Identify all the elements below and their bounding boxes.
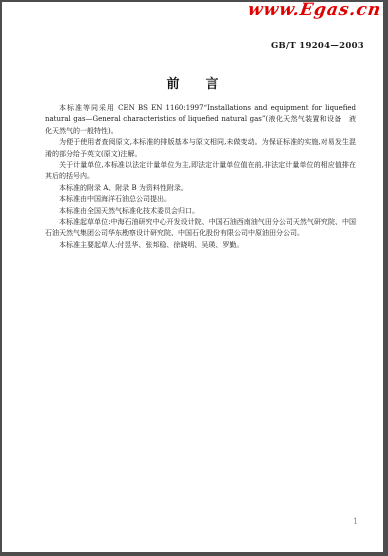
scanned-page-frame: www.Egas.cn GB/T 19204—2003 前 言 本标准等同采用 … bbox=[0, 0, 388, 556]
foreword-paragraph: 本标准起草单位:中海石油研究中心开发设计院、中国石油西南油气田分公司天然气研究院… bbox=[45, 217, 356, 240]
standard-number: GB/T 19204—2003 bbox=[271, 41, 364, 51]
foreword-paragraph: 本标准等同采用 CEN BS EN 1160:1997“Installation… bbox=[45, 103, 356, 137]
document-page: GB/T 19204—2003 前 言 本标准等同采用 CEN BS EN 11… bbox=[2, 2, 383, 552]
page-number: 1 bbox=[353, 517, 358, 526]
foreword-paragraph: 为便于使用者查阅原文,本标准的排版基本与原文相同,未做变动。为保证标准的实施,对… bbox=[45, 137, 356, 160]
foreword-paragraph: 本标准由中国海洋石油总公司提出。 bbox=[45, 194, 356, 205]
foreword-paragraph: 本标准主要起草人:付昱华、张邦稳、徐晓明、吴瑛、罗勤。 bbox=[45, 240, 356, 251]
page-title: 前 言 bbox=[2, 73, 383, 92]
site-watermark: www.Egas.cn bbox=[246, 0, 382, 20]
foreword-paragraph: 本标准由全国天然气标准化技术委员会归口。 bbox=[45, 206, 356, 217]
foreword-body: 本标准等同采用 CEN BS EN 1160:1997“Installation… bbox=[45, 103, 356, 251]
foreword-paragraph: 本标准的附录 A、附录 B 为资料性附录。 bbox=[45, 183, 356, 194]
foreword-paragraph: 关于计量单位,本标准以法定计量单位为主,即法定计量单位值在前,非法定计量单位的相… bbox=[45, 160, 356, 183]
